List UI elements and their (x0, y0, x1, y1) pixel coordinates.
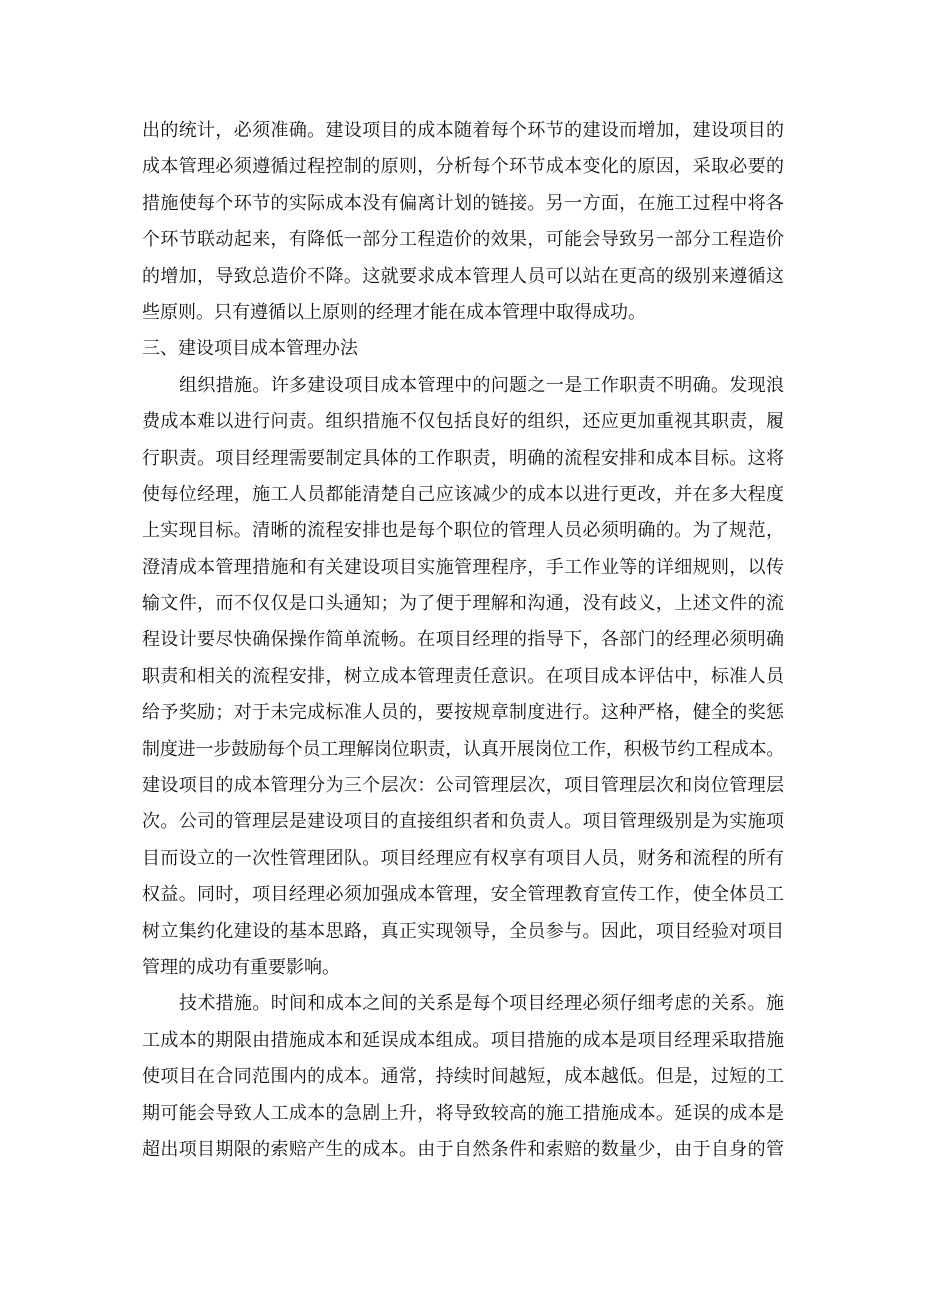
text-line: 管理的成功有重要影响。 (142, 950, 784, 986)
text-line: 输文件，而不仅仅是口头通知；为了便于理解和沟通，没有歧义，上述文件的流 (142, 586, 784, 622)
text-line: 个环节联动起来，有降低一部分工程造价的效果，可能会导致另一部分工程造价 (142, 222, 784, 258)
text-line: 树立集约化建设的基本思路，真正实现领导，全员参与。因此，项目经验对项目 (142, 914, 784, 950)
text-line: 组织措施。许多建设项目成本管理中的问题之一是工作职责不明确。发现浪 (142, 368, 784, 404)
text-line: 工成本的期限由措施成本和延误成本组成。项目措施的成本是项目经理采取措施 (142, 1023, 784, 1059)
text-line: 超出项目期限的索赔产生的成本。由于自然条件和索赔的数量少，由于自身的管 (142, 1132, 784, 1168)
paragraph-organizational-measures: 组织措施。许多建设项目成本管理中的问题之一是工作职责不明确。发现浪 费成本难以进… (142, 368, 784, 987)
paragraph-technical-measures: 技术措施。时间和成本之间的关系是每个项目经理必须仔细考虑的关系。施 工成本的期限… (142, 986, 784, 1168)
text-line: 使项目在合同范围内的成本。通常，持续时间越短，成本越低。但是，过短的工 (142, 1059, 784, 1095)
paragraph-cost-principles-continued: 出的统计，必须准确。建设项目的成本随着每个环节的建设而增加，建设项目的 成本管理… (142, 113, 784, 331)
text-line: 给予奖励；对于未完成标准人员的，要按规章制度进行。这种严格，健全的奖惩 (142, 695, 784, 731)
text-line: 出的统计，必须准确。建设项目的成本随着每个环节的建设而增加，建设项目的 (142, 113, 784, 149)
text-line: 职责和相关的流程安排，树立成本管理责任意识。在项目成本评估中，标准人员 (142, 659, 784, 695)
text-line: 制度进一步鼓励每个员工理解岗位职责，认真开展岗位工作，积极节约工程成本。 (142, 732, 784, 768)
text-line: 权益。同时，项目经理必须加强成本管理，安全管理教育宣传工作，使全体员工 (142, 877, 784, 913)
text-line: 期可能会导致人工成本的急剧上升，将导致较高的施工措施成本。延误的成本是 (142, 1096, 784, 1132)
text-line: 使每位经理，施工人员都能清楚自己应该减少的成本以进行更改，并在多大程度 (142, 477, 784, 513)
text-line: 建设项目的成本管理分为三个层次：公司管理层次，项目管理层次和岗位管理层 (142, 768, 784, 804)
text-line: 目而设立的一次性管理团队。项目经理应有权享有项目人员，财务和流程的所有 (142, 841, 784, 877)
section-heading: 三、建设项目成本管理办法 (142, 331, 784, 367)
text-line: 次。公司的管理层是建设项目的直接组织者和负责人。项目管理级别是为实施项 (142, 804, 784, 840)
text-line: 的增加，导致总造价不降。这就要求成本管理人员可以站在更高的级别来遵循这 (142, 259, 784, 295)
text-line: 澄清成本管理措施和有关建设项目实施管理程序，手工作业等的详细规则，以传 (142, 550, 784, 586)
text-line: 成本管理必须遵循过程控制的原则，分析每个环节成本变化的原因，采取必要的 (142, 149, 784, 185)
text-line: 技术措施。时间和成本之间的关系是每个项目经理必须仔细考虑的关系。施 (142, 986, 784, 1022)
text-line: 行职责。项目经理需要制定具体的工作职责，明确的流程安排和成本目标。这将 (142, 441, 784, 477)
text-line: 些原则。只有遵循以上原则的经理才能在成本管理中取得成功。 (142, 295, 784, 331)
text-line: 费成本难以进行问责。组织措施不仅包括良好的组织，还应更加重视其职责，履 (142, 404, 784, 440)
document-page-body: 出的统计，必须准确。建设项目的成本随着每个环节的建设而增加，建设项目的 成本管理… (142, 113, 784, 1168)
text-line: 上实现目标。清晰的流程安排也是每个职位的管理人员必须明确的。为了规范， (142, 513, 784, 549)
text-line: 程设计要尽快确保操作简单流畅。在项目经理的指导下，各部门的经理必须明确 (142, 622, 784, 658)
text-line: 措施使每个环节的实际成本没有偏离计划的链接。另一方面，在施工过程中将各 (142, 186, 784, 222)
